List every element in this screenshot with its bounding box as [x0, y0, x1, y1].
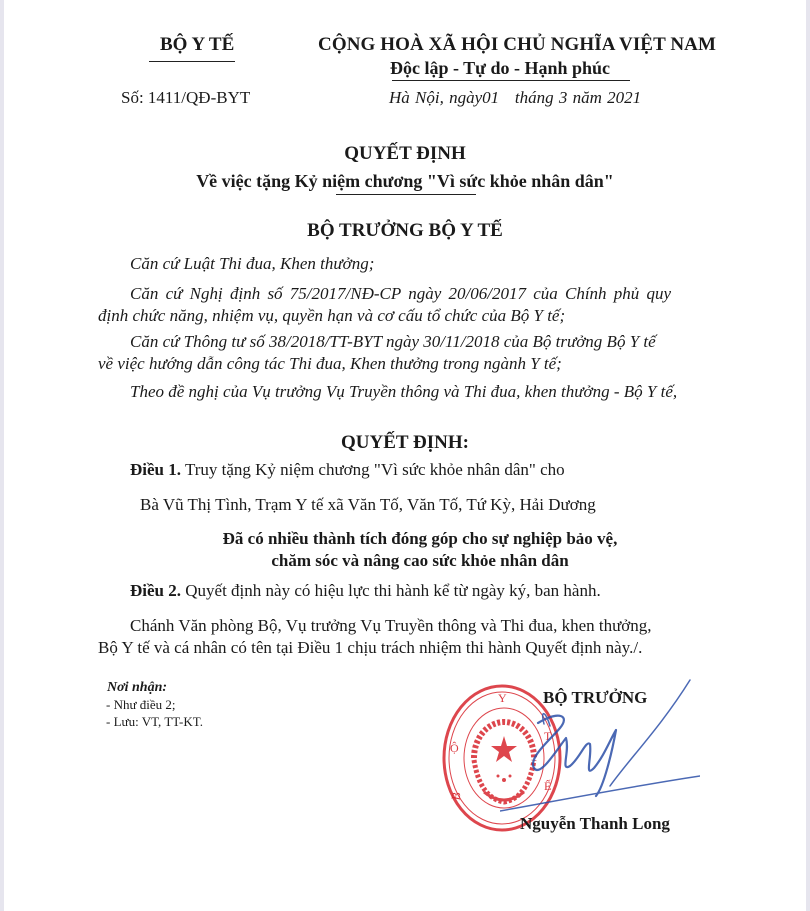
document-number: Số: 1411/QĐ-BYT [121, 88, 250, 108]
article-1-label: Điều 1. [130, 460, 181, 479]
execution-clause-2: Bộ Y tế và cá nhân có tên tại Điều 1 chị… [98, 638, 642, 658]
legal-basis-2: Căn cứ Nghị định số 75/2017/NĐ-CP ngày 2… [130, 284, 671, 304]
recipients-item: - Lưu: VT, TT-KT. [106, 714, 203, 730]
subject-underline [336, 194, 476, 195]
proposal-basis: Theo đề nghị của Vụ trưởng Vụ Truyền thô… [130, 382, 677, 402]
national-title: CỘNG HOÀ XÃ HỘI CHỦ NGHĨA VIỆT NAM [318, 34, 716, 56]
handwritten-signature-icon [500, 668, 700, 818]
execution-clause-1: Chánh Văn phòng Bộ, Vụ trưởng Vụ Truyền … [130, 616, 652, 636]
decision-heading: QUYẾT ĐỊNH: [0, 432, 810, 454]
article-2-text: Quyết định này có hiệu lực thi hành kể t… [181, 581, 601, 600]
signatory-name: Nguyễn Thanh Long [520, 814, 670, 834]
award-recipient: Bà Vũ Thị Tình, Trạm Y tế xã Văn Tố, Văn… [140, 495, 596, 515]
page-edge-left [0, 0, 4, 911]
agency-underline [149, 61, 235, 62]
merit-statement-2: chăm sóc và nâng cao sức khỏe nhân dân [0, 551, 810, 571]
page-edge-right [806, 0, 810, 911]
recipients-item: - Như điều 2; [106, 697, 176, 713]
article-1: Điều 1. Truy tặng Kỷ niệm chương "Vì sức… [130, 460, 565, 480]
place-and-date: Hà Nội, ngày01 tháng 3 năm 2021 [389, 88, 641, 108]
legal-basis-3-cont: về việc hướng dẫn công tác Thi đua, Khen… [98, 354, 562, 374]
document-page: BỘ Y TẾ CỘNG HOÀ XÃ HỘI CHỦ NGHĨA VIỆT N… [0, 0, 810, 911]
national-motto: Độc lập - Tự do - Hạnh phúc [390, 58, 610, 79]
document-title: QUYẾT ĐỊNH [0, 143, 810, 165]
article-1-text: Truy tặng Kỷ niệm chương "Vì sức khỏe nh… [181, 460, 565, 479]
stamp-letter: B [448, 791, 463, 801]
legal-basis-3: Căn cứ Thông tư số 38/2018/TT-BYT ngày 3… [130, 332, 656, 352]
recipients-title: Nơi nhận: [107, 680, 167, 696]
legal-basis-2-cont: định chức năng, nhiệm vụ, quyền hạn và c… [98, 306, 565, 326]
document-subject: Về việc tặng Kỷ niệm chương "Vì sức khỏe… [0, 171, 810, 192]
legal-basis-1: Căn cứ Luật Thi đua, Khen thưởng; [130, 254, 374, 274]
issuing-authority: BỘ TRƯỞNG BỘ Y TẾ [0, 220, 810, 242]
issuing-agency: BỘ Y TẾ [160, 34, 234, 56]
motto-underline [392, 80, 630, 81]
article-2-label: Điều 2. [130, 581, 181, 600]
stamp-letter: Ộ [450, 741, 459, 755]
merit-statement-1: Đã có nhiều thành tích đóng góp cho sự n… [0, 529, 810, 549]
article-2: Điều 2. Quyết định này có hiệu lực thi h… [130, 581, 601, 601]
